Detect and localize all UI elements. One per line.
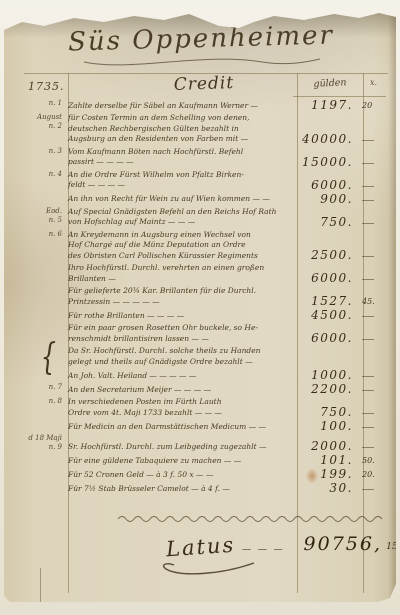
entry-amount-gulden: 750. <box>293 216 359 228</box>
entry-text: Auf Special Gnädigsten Befehl an den Rei… <box>68 207 293 228</box>
entry-text: Für 7½ Stab Brüsseler Camelot — à 4 f. — <box>68 484 293 495</box>
entry-number: n. 1 <box>24 99 68 108</box>
ledger-entry: Für 52 Cronen Geld — à 3 f. 50 x — —199.… <box>24 468 386 480</box>
ledger-entry: An ihn von Recht für Wein zu auf Wien ko… <box>24 193 386 205</box>
entry-amount-gulden: 2200. <box>293 383 359 395</box>
entry-text-line: Für eine güldene Tabaquiere zu machen — … <box>68 456 293 467</box>
ledger-entry: n. 1Zahlte derselbe für Säbel an Kaufman… <box>24 99 386 111</box>
entry-amount-gulden: 6000. <box>293 272 359 284</box>
entry-number: n. 7 <box>24 383 68 392</box>
entry-number: August n. 2 <box>24 113 68 131</box>
credit-column-header: Credit <box>124 71 285 97</box>
entry-text-line: Zahlte derselbe für Säbel an Kaufmann We… <box>68 101 293 112</box>
entry-amount-kreuzer <box>359 413 386 418</box>
entry-amount-gulden: 100. <box>293 420 359 432</box>
entry-text: Für Medicin an den Darmstättischen Medic… <box>68 422 293 433</box>
entry-number: n. 4 <box>24 170 68 179</box>
page-fold-edge <box>388 8 396 602</box>
entry-amount-kreuzer <box>359 489 386 494</box>
ledger-entry: d 18 Maji n. 9Sr. Hochfürstl. Durchl. zu… <box>24 434 386 452</box>
entry-amount-kreuzer: 20 <box>359 100 386 111</box>
entry-text: Für eine güldene Tabaquiere zu machen — … <box>68 456 293 467</box>
flourish-squiggle <box>116 513 384 523</box>
entry-text-line: für Costen Termin an dem Schelling von d… <box>68 113 293 124</box>
entry-text-line: Hof Chargé auf die Münz Deputation an Or… <box>68 240 293 251</box>
entry-text-line: Brillanten — <box>68 274 293 285</box>
amount-header-rule <box>293 96 386 97</box>
entries: n. 1Zahlte derselbe für Säbel an Kaufman… <box>24 99 386 513</box>
entry-text-line: Für 7½ Stab Brüsseler Camelot — à 4 f. — <box>68 484 293 495</box>
entry-text: An ihn von Recht für Wein zu auf Wien ko… <box>68 194 293 205</box>
entry-text-line: An Kreydemann in Augsburg einen Wechsel … <box>68 230 293 241</box>
entry-amount-kreuzer: 45. <box>359 296 386 307</box>
entry-amount-gulden: 30. <box>293 482 359 494</box>
ledger-entry: n. 8In verschiedenen Posten im Fürth Lau… <box>24 397 386 418</box>
entry-text-line: Ihro Hochfürstl. Durchl. verehrten an ei… <box>68 263 293 274</box>
entry-text-line: Für gelieferte 20¾ Kar. Brillanten für d… <box>68 286 293 297</box>
entry-text-line: von Hofschlag auf Maintz — — — <box>68 217 293 228</box>
entry-text-line: In verschiedenen Posten im Fürth Lauth <box>68 397 293 408</box>
entry-text: für Costen Termin an dem Schelling von d… <box>68 113 293 145</box>
entry-amount-gulden: 1197. <box>293 99 359 111</box>
entry-text: In verschiedenen Posten im Fürth LauthOr… <box>68 397 293 418</box>
ledger-entry: August n. 2für Costen Termin an dem Sche… <box>24 113 386 145</box>
entry-text: Vom Kaufmann Böten nach Hochfürstl. Befe… <box>68 147 293 168</box>
entry-amount-gulden: 900. <box>293 193 359 205</box>
entry-number: d 18 Maji n. 9 <box>24 434 68 452</box>
page-footer: Latus — — — 90756, 15 <box>24 511 388 591</box>
entry-text-line: Auf Special Gnädigsten Befehl an den Rei… <box>68 207 293 218</box>
entry-text-line: Für rothe Brillanten — — — — <box>68 311 293 322</box>
entry-amount-gulden: 6000. <box>293 332 359 344</box>
ledger-entry: Für 7½ Stab Brüsseler Camelot — à 4 f. —… <box>24 482 386 494</box>
entry-amount-kreuzer <box>359 200 386 205</box>
ledger-entry: Ihro Hochfürstl. Durchl. verehrten an ei… <box>24 263 386 284</box>
entry-amount-gulden: 4500. <box>293 309 359 321</box>
title-underline-flourish <box>82 56 322 70</box>
entry-text-line: Für Medicin an den Darmstättischen Medic… <box>68 422 293 433</box>
entry-amount-kreuzer: 50. <box>359 455 386 466</box>
brace-mark: { <box>24 342 68 372</box>
entry-text-line: gelegt und theils auf Gnädigste Ordre be… <box>68 357 293 368</box>
entry-text-line: Sr. Hochfürstl. Durchl. zum Leibgeding z… <box>68 442 293 453</box>
entry-text: Ihro Hochfürstl. Durchl. verehrten an ei… <box>68 263 293 284</box>
entry-amount-kreuzer <box>359 140 386 145</box>
entry-text-line: passirt — — — — <box>68 157 293 168</box>
entry-amount-kreuzer <box>359 427 386 432</box>
entry-amount-gulden: 2000. <box>293 440 359 452</box>
entry-text: An den Secretarium Meijer — — — — <box>68 385 293 396</box>
ledger-entry: Für rothe Brillanten — — — —4500. <box>24 309 386 321</box>
latus-total-gulden: 90756, <box>262 533 382 555</box>
entry-text-line: feldt — — — — <box>68 180 293 191</box>
ledger-entry: Für Medicin an den Darmstättischen Medic… <box>24 420 386 432</box>
entry-text: Für rothe Brillanten — — — — <box>68 311 293 322</box>
latus-underline-flourish <box>160 561 256 577</box>
entry-amount-kreuzer <box>359 390 386 395</box>
entry-amount-gulden: 1527. <box>293 295 359 307</box>
ledger-entry: Für eine güldene Tabaquiere zu machen — … <box>24 454 386 466</box>
entry-text-line: renschmidt brillantisiren lassen — — <box>68 334 293 345</box>
entry-amount-gulden: 199. <box>293 468 359 480</box>
ledger-entry: n. 7An den Secretarium Meijer — — — —220… <box>24 383 386 395</box>
entry-amount-gulden: 2500. <box>293 249 359 261</box>
entry-amount-gulden: 750. <box>293 406 359 418</box>
entry-amount-kreuzer <box>359 256 386 261</box>
entry-text: Da Sr. Hochfürstl. Durchl. solche theils… <box>68 346 293 367</box>
ledger-entry: An Joh. Valt. Heiland — — — — —1000. <box>24 369 386 381</box>
entry-amount-gulden: 15000. <box>293 156 359 168</box>
entry-text-line: Augsburg an den Residenten von Farben mi… <box>68 134 293 145</box>
entry-text: Für 52 Cronen Geld — à 3 f. 50 x — — <box>68 470 293 481</box>
ledger-entry: {Da Sr. Hochfürstl. Durchl. solche theil… <box>24 346 386 367</box>
entry-number: n. 3 <box>24 147 68 156</box>
entry-amount-kreuzer <box>359 316 386 321</box>
ledger-page: Süs Oppenheimer 1735. Credit gülden x. n… <box>4 8 396 602</box>
entry-amount-kreuzer <box>359 186 386 191</box>
entry-text-line: Für 52 Cronen Geld — à 3 f. 50 x — — <box>68 470 293 481</box>
entry-number: Eod. n. 5 <box>24 207 68 225</box>
entry-text-line: des Obristen Carl Pollischen Kürassier R… <box>68 251 293 262</box>
entry-text-line: An ihn von Recht für Wein zu auf Wien ko… <box>68 194 293 205</box>
entry-number: n. 8 <box>24 397 68 406</box>
ledger-entry: n. 6An Kreydemann in Augsburg einen Wech… <box>24 230 386 262</box>
gulden-column-header: gülden <box>300 76 360 90</box>
ledger-entry: Für ein paar grosen Rosetten Ohr buckele… <box>24 323 386 344</box>
entry-text-line: Vom Kaufmann Böten nach Hochfürstl. Befe… <box>68 147 293 158</box>
photo-backdrop: Süs Oppenheimer 1735. Credit gülden x. n… <box>0 0 400 615</box>
entry-text-line: An den Secretarium Meijer — — — — <box>68 385 293 396</box>
entry-text-line: An die Ordre Fürst Wilhelm von Pfaltz Bi… <box>68 170 293 181</box>
page-title: Süs Oppenheimer <box>56 20 347 58</box>
entry-amount-kreuzer <box>359 447 386 452</box>
entry-amount-kreuzer <box>359 376 386 381</box>
entry-amount-gulden: 101. <box>293 454 359 466</box>
ledger-entry: n. 3Vom Kaufmann Böten nach Hochfürstl. … <box>24 147 386 168</box>
entry-text: An Joh. Valt. Heiland — — — — — <box>68 371 293 382</box>
entry-amount-gulden: 40000. <box>293 133 359 145</box>
entry-amount-gulden: 6000. <box>293 179 359 191</box>
kreuzer-column-header: x. <box>370 78 377 87</box>
entry-text-line: Printzessin — — — — — <box>68 297 293 308</box>
entry-amount-kreuzer <box>359 223 386 228</box>
entry-text-line: Da Sr. Hochfürstl. Durchl. solche theils… <box>68 346 293 357</box>
entry-amount-gulden: 1000. <box>293 369 359 381</box>
ledger-entry: Eod. n. 5Auf Special Gnädigsten Befehl a… <box>24 207 386 228</box>
latus-total-kreuzer: 15 <box>386 541 398 552</box>
entry-amount-kreuzer <box>359 163 386 168</box>
entry-text: An die Ordre Fürst Wilhelm von Pfaltz Bi… <box>68 170 293 191</box>
entry-text: Für gelieferte 20¾ Kar. Brillanten für d… <box>68 286 293 307</box>
entry-text-line: Für ein paar grosen Rosetten Ohr buckele… <box>68 323 293 334</box>
entry-text: Zahlte derselbe für Säbel an Kaufmann We… <box>68 101 293 112</box>
entry-text: Sr. Hochfürstl. Durchl. zum Leibgeding z… <box>68 442 293 453</box>
ledger-entry: Für gelieferte 20¾ Kar. Brillanten für d… <box>24 286 386 307</box>
entry-text: An Kreydemann in Augsburg einen Wechsel … <box>68 230 293 262</box>
ledger-entry: n. 4An die Ordre Fürst Wilhelm von Pfalt… <box>24 170 386 191</box>
entry-number: n. 6 <box>24 230 68 239</box>
entry-amount-kreuzer <box>359 339 386 344</box>
entry-text: Für ein paar grosen Rosetten Ohr buckele… <box>68 323 293 344</box>
entry-text-line: An Joh. Valt. Heiland — — — — — <box>68 371 293 382</box>
entry-text-line: deutschen Rechbergischen Gülten bezahlt … <box>68 124 293 135</box>
year-label: 1735. <box>28 80 65 93</box>
entry-text-line: Ordre vom 4t. Maji 1733 bezahlt — — — <box>68 408 293 419</box>
entry-amount-kreuzer <box>359 279 386 284</box>
latus-label: Latus <box>165 533 236 562</box>
entry-amount-kreuzer: 20. <box>359 469 386 480</box>
